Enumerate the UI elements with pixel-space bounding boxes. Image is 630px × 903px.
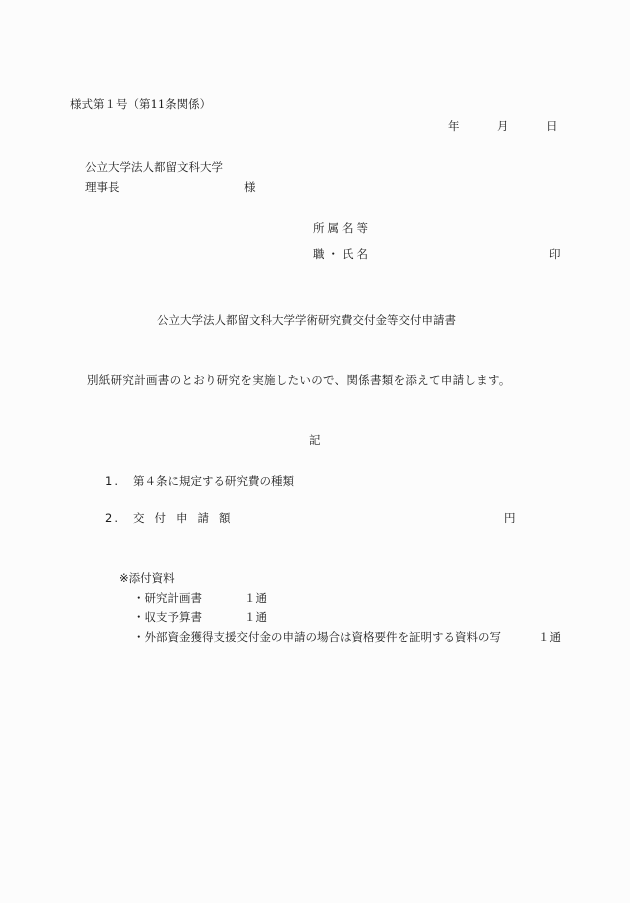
affiliation-label: 所属名等 — [313, 221, 371, 235]
document-body: 別紙研究計画書のとおり研究を実施したいので、関係書類を添えて申請します。 — [87, 373, 511, 387]
item-label-research-type: 第４条に規定する研究費の種類 — [133, 474, 294, 488]
attachment-count: １通 — [244, 591, 267, 605]
attachment-item: ・収支予算書 — [133, 610, 202, 624]
addressee-title: 理事長 — [85, 180, 120, 194]
ki-heading: 記 — [309, 433, 321, 447]
item-label-application-amount: 交付申請額 — [133, 511, 241, 525]
attachments-header: ※添付資料 — [119, 571, 175, 585]
addressee-organization: 公立大学法人都留文科大学 — [85, 160, 223, 174]
yen-unit: 円 — [504, 511, 516, 525]
attachment-count: １通 — [538, 630, 561, 644]
name-label: 職・氏名 — [313, 247, 371, 261]
attachment-item: ・外部資金獲得支援交付金の申請の場合は資格要件を証明する資料の写 — [133, 630, 501, 644]
date-year-label: 年 — [448, 119, 460, 133]
seal-label: 印 — [549, 247, 561, 261]
date-day-label: 日 — [546, 119, 558, 133]
form-number: 様式第１号（第11条関係） — [70, 97, 211, 111]
date-month-label: 月 — [497, 119, 509, 133]
addressee-honorific: 様 — [244, 180, 256, 194]
item-number: 1. — [105, 474, 120, 488]
document-title: 公立大学法人都留文科大学学術研究費交付金等交付申請書 — [157, 313, 456, 327]
attachment-item: ・研究計画書 — [133, 591, 202, 605]
attachment-count: １通 — [244, 610, 267, 624]
item-number: 2. — [105, 511, 120, 525]
